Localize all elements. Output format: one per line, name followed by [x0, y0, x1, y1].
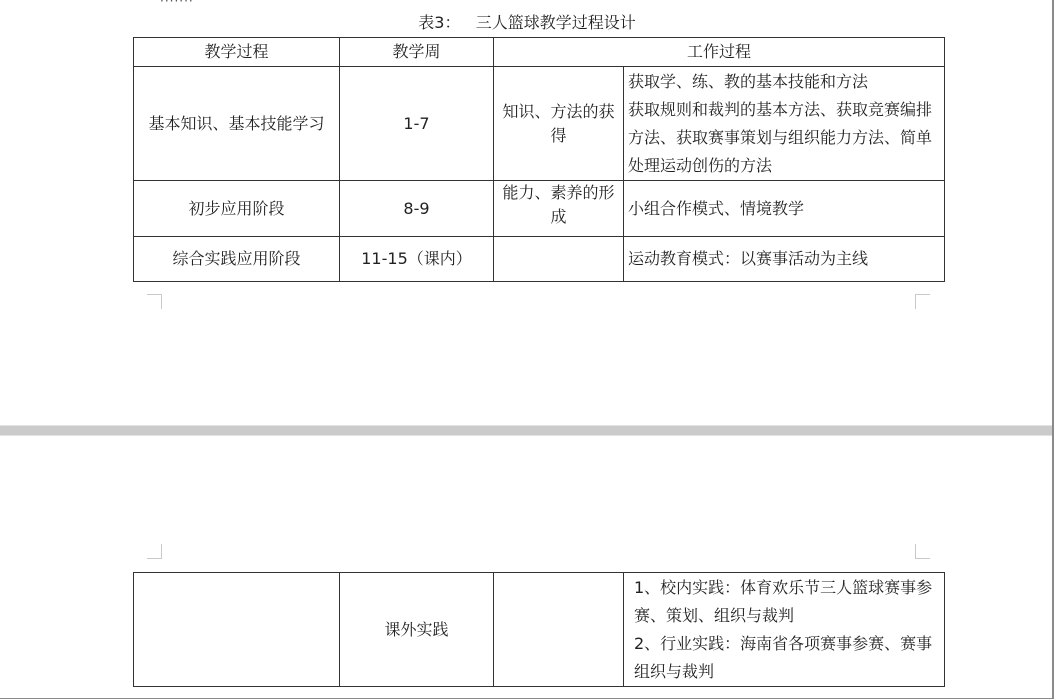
header-teaching-process: 教学过程 [134, 38, 340, 67]
cell-process: 基本知识、基本技能学习 [134, 67, 340, 181]
cell-weeks: 11-15（课内） [340, 237, 494, 282]
page-margin-corner-marker [915, 294, 930, 309]
work-line: 获取学、练、教的基本技能和方法 [628, 68, 941, 96]
cell-process: 初步应用阶段 [134, 181, 340, 237]
cell-weeks: 课外实践 [340, 573, 494, 687]
cell-weeks: 8-9 [340, 181, 494, 237]
document-page-1: ······· 表3： 三人篮球教学过程设计 教学过程 教学周 工作过程 基本知… [0, 0, 1051, 425]
teaching-process-table: 教学过程 教学周 工作过程 基本知识、基本技能学习 1-7 知识、方法的获得 获… [133, 37, 945, 282]
table-row: 初步应用阶段 8-9 能力、素养的形成 小组合作模式、情境教学 [134, 181, 945, 237]
cut-off-text-fragment: ······· [160, 0, 194, 8]
cell-work: 1、校内实践：体育欢乐节三人篮球赛事参赛、策划、组织与裁判 2、行业实践：海南省… [624, 573, 945, 687]
page-separator [0, 425, 1054, 436]
work-line: 1、校内实践：体育欢乐节三人篮球赛事参赛、策划、组织与裁判 [634, 574, 941, 630]
cell-stage [494, 573, 624, 687]
table-row: 课外实践 1、校内实践：体育欢乐节三人篮球赛事参赛、策划、组织与裁判 2、行业实… [134, 573, 945, 687]
page-margin-corner-marker [915, 544, 930, 559]
cell-stage [494, 237, 624, 282]
table-caption-label: 表3： [418, 13, 460, 32]
cell-work: 获取学、练、教的基本技能和方法 获取规则和裁判的基本方法、获取竞赛编排方法、获取… [624, 67, 945, 181]
page-margin-corner-marker [147, 294, 162, 309]
table-header-row: 教学过程 教学周 工作过程 [134, 38, 945, 67]
cell-stage: 知识、方法的获得 [494, 67, 624, 181]
teaching-process-table-continued: 课外实践 1、校内实践：体育欢乐节三人篮球赛事参赛、策划、组织与裁判 2、行业实… [133, 572, 945, 687]
cell-process: 综合实践应用阶段 [134, 237, 340, 282]
table-row: 综合实践应用阶段 11-15（课内） 运动教育模式：以赛事活动为主线 [134, 237, 945, 282]
header-work-process: 工作过程 [494, 38, 945, 67]
cell-work: 运动教育模式：以赛事活动为主线 [624, 237, 945, 282]
table-row: 基本知识、基本技能学习 1-7 知识、方法的获得 获取学、练、教的基本技能和方法… [134, 67, 945, 181]
cell-weeks: 1-7 [340, 67, 494, 181]
cell-work: 小组合作模式、情境教学 [624, 181, 945, 237]
table-caption-title: 三人篮球教学过程设计 [476, 13, 636, 32]
header-teaching-weeks: 教学周 [340, 38, 494, 67]
cell-stage: 能力、素养的形成 [494, 181, 624, 237]
cell-process [134, 573, 340, 687]
work-line: 2、行业实践：海南省各项赛事参赛、赛事组织与裁判 [634, 630, 941, 686]
table-caption: 表3： 三人篮球教学过程设计 [0, 10, 1054, 33]
work-line: 获取规则和裁判的基本方法、获取竞赛编排方法、获取赛事策划与组织能力方法、简单处理… [628, 96, 941, 180]
page-margin-corner-marker [147, 544, 162, 559]
